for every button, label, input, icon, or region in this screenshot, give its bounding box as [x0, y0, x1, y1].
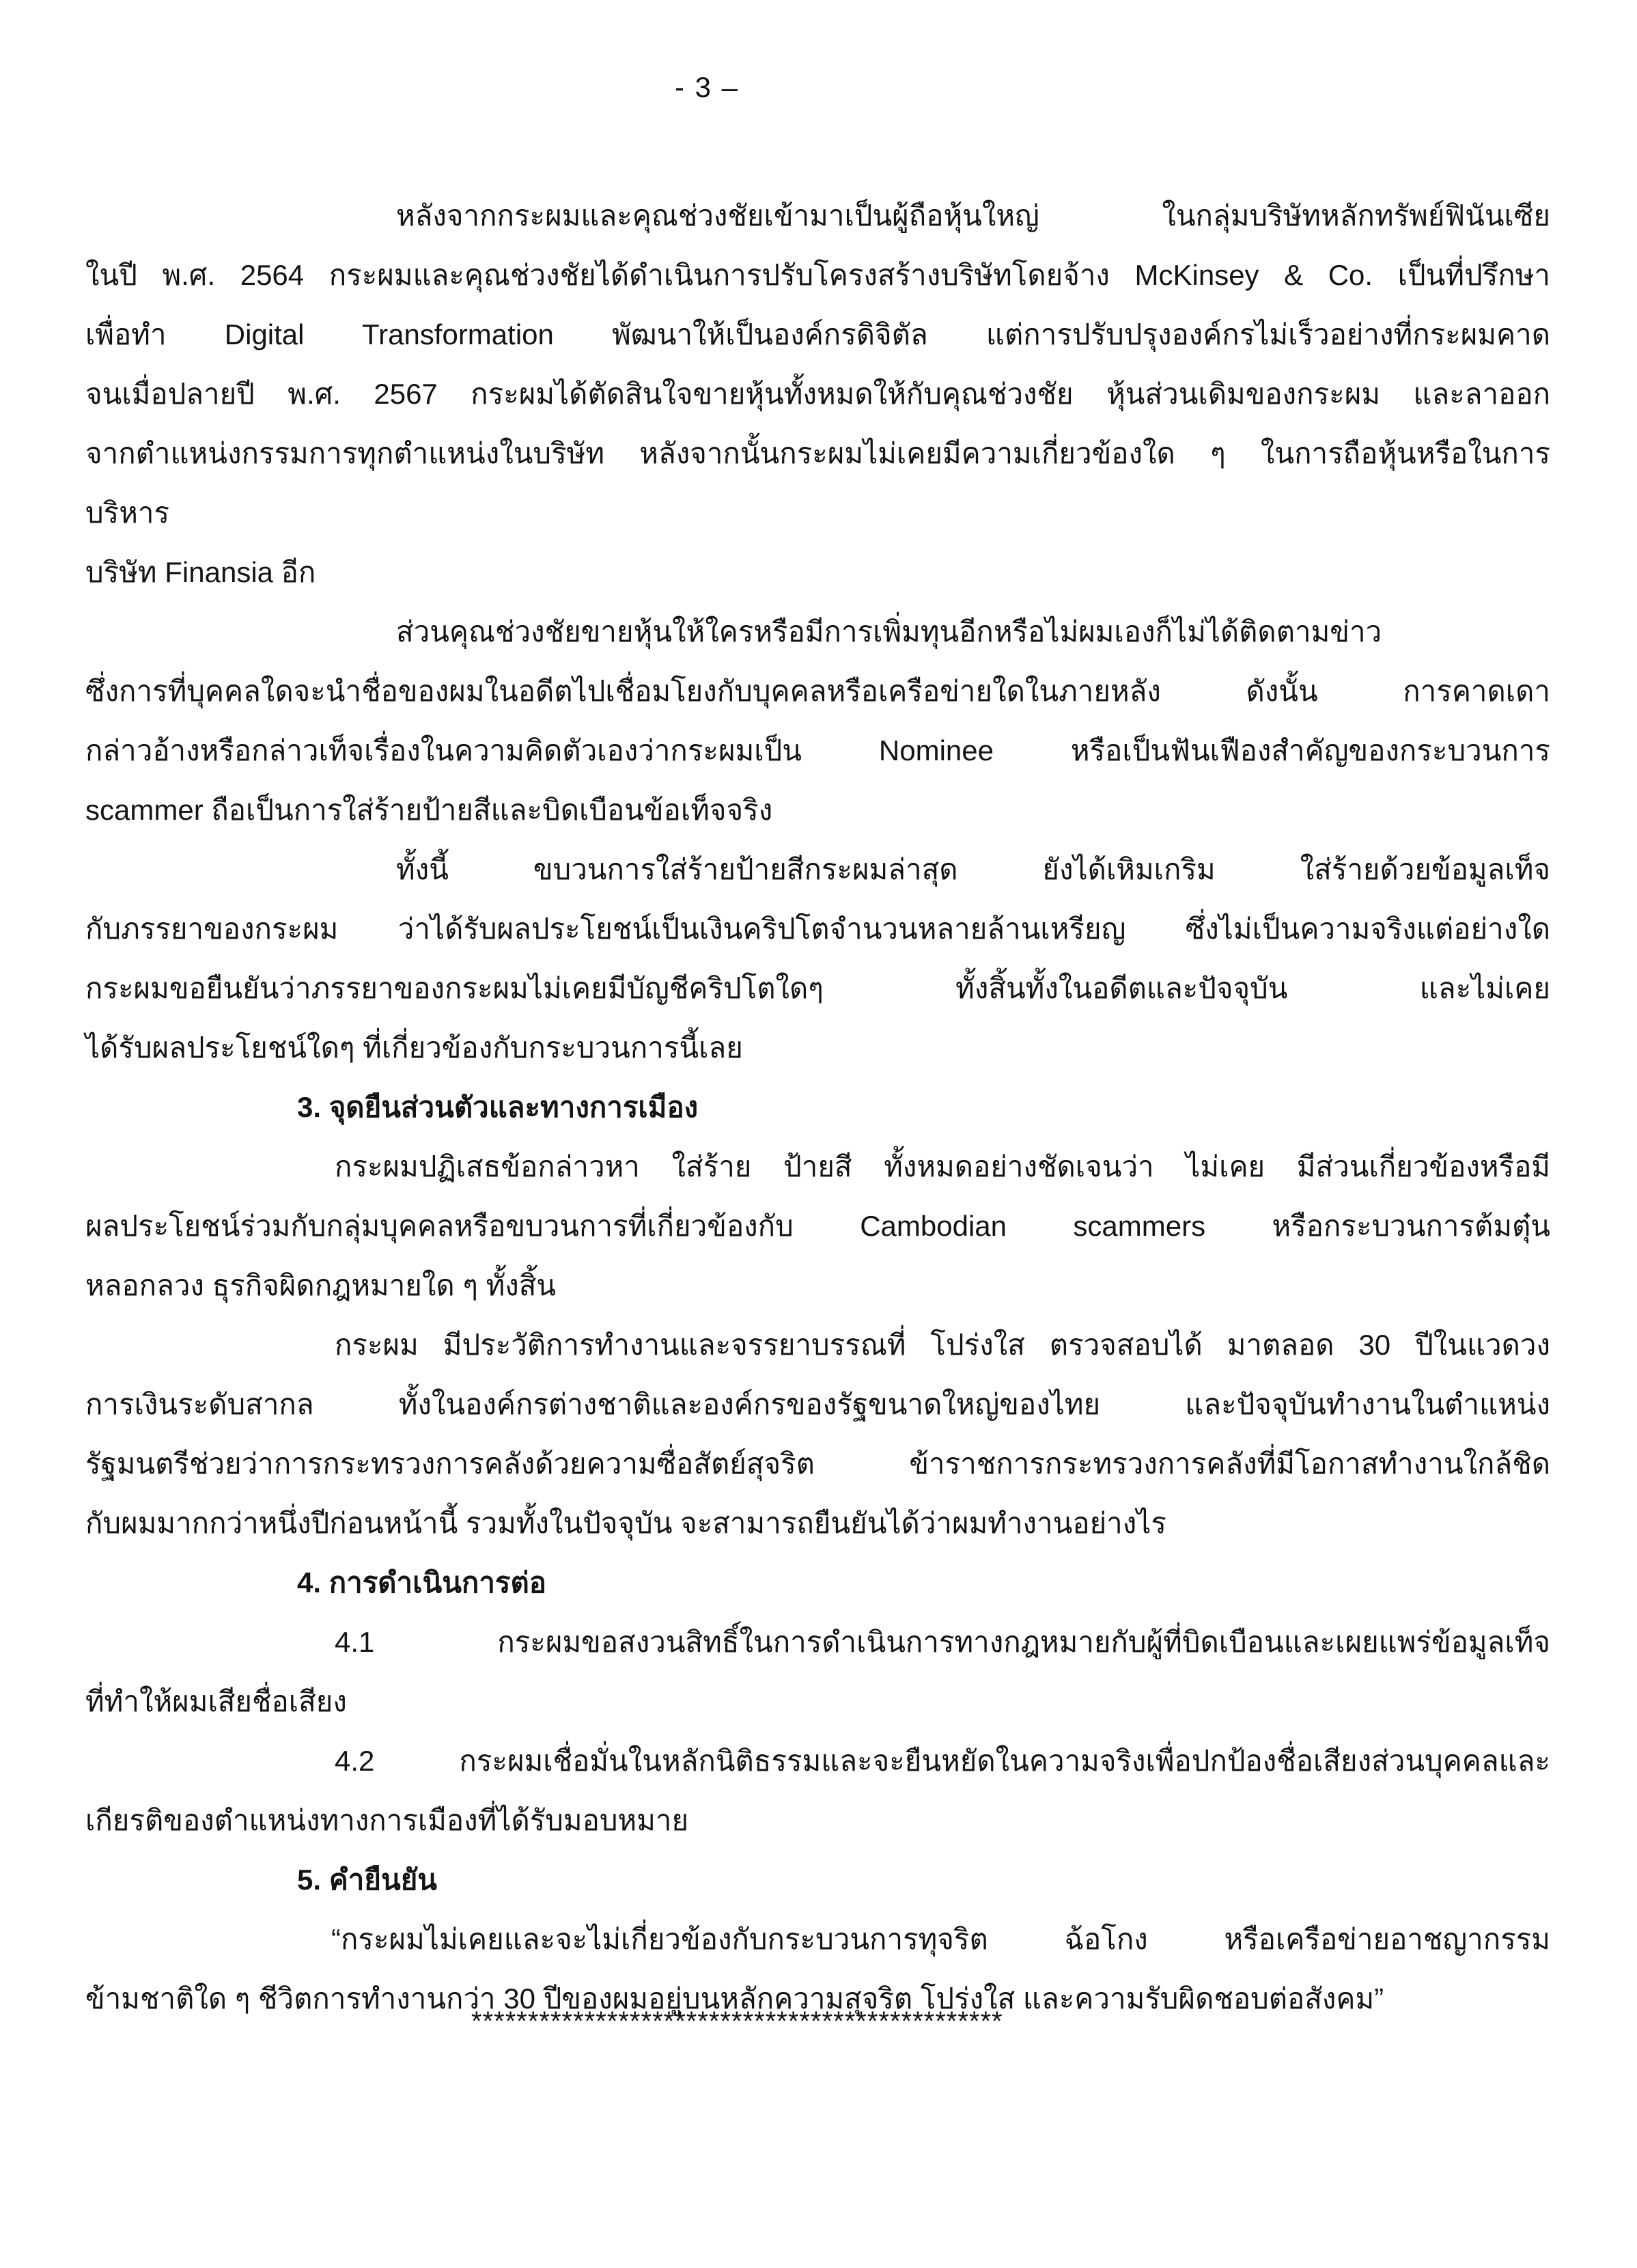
section-heading: 3. จุดยืนส่วนตัวและทางการเมือง [85, 1077, 1550, 1137]
text-line: จากตำแหน่งกรรมการทุกตำแหน่งในบริษัท หลัง… [85, 424, 1550, 542]
text-line: ผลประโยชน์ร่วมกับกลุ่มบุคคลหรือขบวนการที… [85, 1196, 1550, 1256]
text-line: “กระผมไม่เคยและจะไม่เกี่ยวข้องกับกระบวนก… [85, 1909, 1550, 1969]
section-heading: 4. การดำเนินการต่อ [85, 1553, 1550, 1612]
text-line: 4.1 กระผมขอสงวนสิทธิ์ในการดำเนินการทางกฎ… [85, 1612, 1550, 1672]
footer-separator: ****************************************… [471, 2006, 1003, 2037]
text-line: กระผม มีประวัติการทำงานและจรรยาบรรณที่ โ… [85, 1315, 1550, 1374]
text-line: กระผมปฏิเสธข้อกล่าวหา ใส่ร้าย ป้ายสี ทั้… [85, 1137, 1550, 1196]
text-line: เพื่อทำ Digital Transformation พัฒนาให้เ… [85, 305, 1550, 364]
text-line: ส่วนคุณช่วงชัยขายหุ้นให้ใครหรือมีการเพิ่… [85, 602, 1550, 661]
text-line: เกียรติของตำแหน่งทางการเมืองที่ได้รับมอบ… [85, 1790, 1550, 1850]
text-line: กับภรรยาของกระผม ว่าได้รับผลประโยชน์เป็น… [85, 899, 1550, 958]
text-line: ที่ทำให้ผมเสียชื่อเสียง [85, 1672, 1550, 1731]
text-line: กล่าวอ้างหรือกล่าวเท็จเรื่องในความคิดตัว… [85, 721, 1550, 780]
page-number: - 3 – [0, 71, 1414, 104]
text-line: ซึ่งการที่บุคคลใดจะนำชื่อของผมในอดีตไปเช… [85, 661, 1550, 721]
document-body: หลังจากกระผมและคุณช่วงชัยเข้ามาเป็นผู้ถื… [85, 186, 1550, 2028]
text-line: ทั้งนี้ ขบวนการใส่ร้ายป้ายสีกระผมล่าสุด … [85, 840, 1550, 899]
text-line: รัฐมนตรีช่วยว่าการกระทรวงการคลังด้วยความ… [85, 1434, 1550, 1493]
document-page: - 3 – หลังจากกระผมและคุณช่วงชัยเข้ามาเป็… [0, 0, 1637, 2268]
text-line: หลอกลวง ธุรกิจผิดกฎหมายใด ๆ ทั้งสิ้น [85, 1256, 1550, 1315]
text-line: ได้รับผลประโยชน์ใดๆ ที่เกี่ยวข้องกับกระบ… [85, 1018, 1550, 1077]
text-line: 4.2 กระผมเชื่อมั่นในหลักนิติธรรมและจะยืน… [85, 1731, 1550, 1790]
text-line: บริษัท Finansia อีก [85, 542, 1550, 602]
text-line: จนเมื่อปลายปี พ.ศ. 2567 กระผมได้ตัดสินใจ… [85, 364, 1550, 424]
text-line: การเงินระดับสากล ทั้งในองค์กรต่างชาติและ… [85, 1374, 1550, 1434]
text-line: กระผมขอยืนยันว่าภรรยาของกระผมไม่เคยมีบัญ… [85, 958, 1550, 1018]
text-line: scammer ถือเป็นการใส่ร้ายป้ายสีและบิดเบื… [85, 780, 1550, 840]
text-line: หลังจากกระผมและคุณช่วงชัยเข้ามาเป็นผู้ถื… [85, 186, 1550, 245]
text-line: กับผมมากกว่าหนึ่งปีก่อนหน้านี้ รวมทั้งใน… [85, 1493, 1550, 1553]
text-line: ในปี พ.ศ. 2564 กระผมและคุณช่วงชัยได้ดำเน… [85, 245, 1550, 305]
section-heading: 5. คำยืนยัน [85, 1850, 1550, 1909]
